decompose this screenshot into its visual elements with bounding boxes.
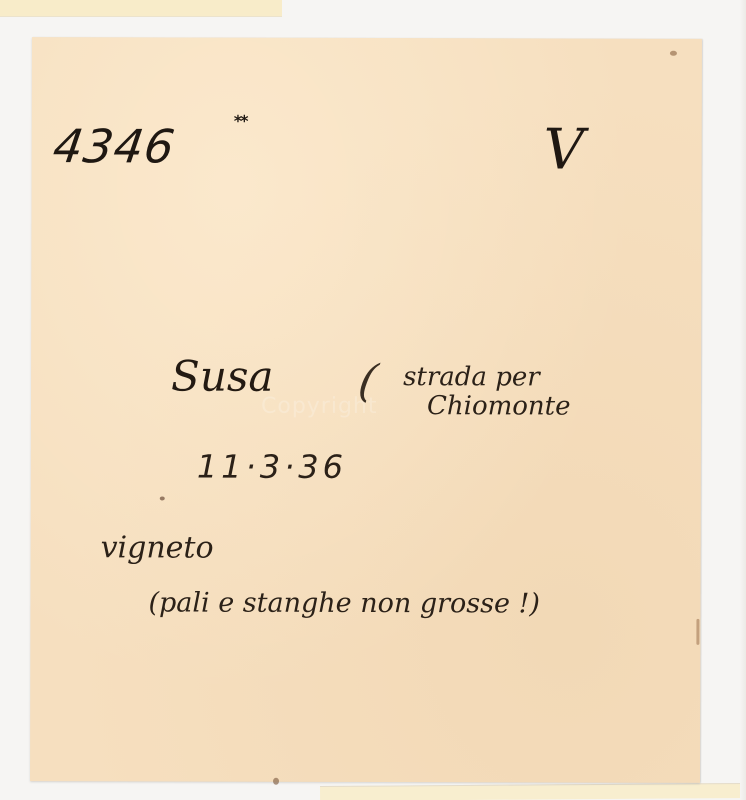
catalog-asterisks: ** [234, 114, 247, 130]
copyright-watermark: Copyright [261, 394, 378, 419]
specimen-label-card: 4346 ** V Susa ( strada per Chiomonte Co… [30, 37, 702, 783]
catalog-number: 4346 [50, 123, 178, 169]
category-letter: V [544, 122, 585, 178]
locality-place: Susa [171, 355, 274, 397]
stain-right-edge [696, 619, 699, 645]
mount-edge-shadow [740, 0, 746, 800]
habitat-note: (pali e stanghe non grosse !) [148, 589, 540, 617]
background-paper-scrap-top [0, 0, 282, 17]
stain-dot-corner [670, 51, 677, 56]
ink-dot [160, 496, 165, 500]
locality-note-line-1: strada per [403, 364, 540, 390]
habitat: vigneto [101, 533, 214, 563]
background-paper-scrap-bottom [320, 783, 746, 800]
locality-note-line-2: Chiomonte [427, 393, 571, 419]
collection-date: 11·3·36 [197, 451, 347, 483]
stain-dot-bottom [273, 778, 279, 785]
